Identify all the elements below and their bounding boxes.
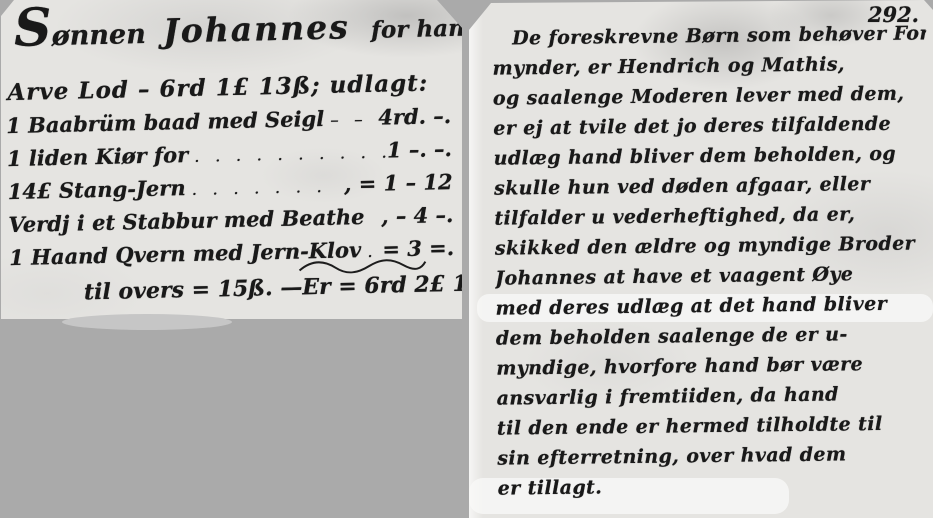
manuscript-scan-canvas: Sønnen Johannes for hans Arve Lod – 6rd … bbox=[0, 0, 933, 518]
total-carry: til overs = 15ß. — bbox=[84, 274, 303, 305]
entry-leader-dots: . . . . . . . bbox=[185, 176, 344, 200]
entry-item: 14£ Stang-Jern bbox=[7, 175, 185, 204]
entry-leader-dots: . . . . . . . . . . bbox=[188, 142, 387, 167]
entry-item: 1 Baabrüm baad med Seigl bbox=[6, 106, 325, 138]
text-line: er tillagt. bbox=[498, 472, 932, 507]
right-page: 292. De foreskrevne Børn som behøver For… bbox=[469, 0, 933, 518]
heading-suffix: for hans bbox=[371, 14, 478, 43]
entry-amount: 1 –. –. bbox=[387, 136, 452, 162]
heading-name: Johannes bbox=[163, 7, 350, 50]
entry-amount: , – 4 –. bbox=[381, 202, 454, 229]
entry-item: 1 liden Kiør for bbox=[7, 142, 189, 171]
left-page-content: Sønnen Johannes for hans Arve Lod – 6rd … bbox=[0, 0, 466, 324]
heading-prefix: Sønnen bbox=[14, 12, 146, 53]
heading-line: Sønnen Johannes for hans bbox=[14, 4, 478, 54]
entry-amount: , = 1 – 12 bbox=[344, 169, 453, 196]
flourish-mark bbox=[298, 256, 428, 275]
paper-edge-fade bbox=[62, 314, 232, 330]
entry-leader-dots: – – bbox=[324, 110, 379, 131]
entry-amount: 4rd. –. bbox=[378, 103, 451, 130]
account-entries: 1 Baabrüm baad med Seigl – – 4rd. –. 1 l… bbox=[6, 103, 455, 278]
left-page: Sønnen Johannes for hans Arve Lod – 6rd … bbox=[1, 0, 462, 319]
right-page-content: De foreskrevne Børn som behøver For- myn… bbox=[492, 22, 932, 507]
arve-lod-line: Arve Lod – 6rd 1£ 13ß; udlagt: bbox=[7, 70, 428, 107]
